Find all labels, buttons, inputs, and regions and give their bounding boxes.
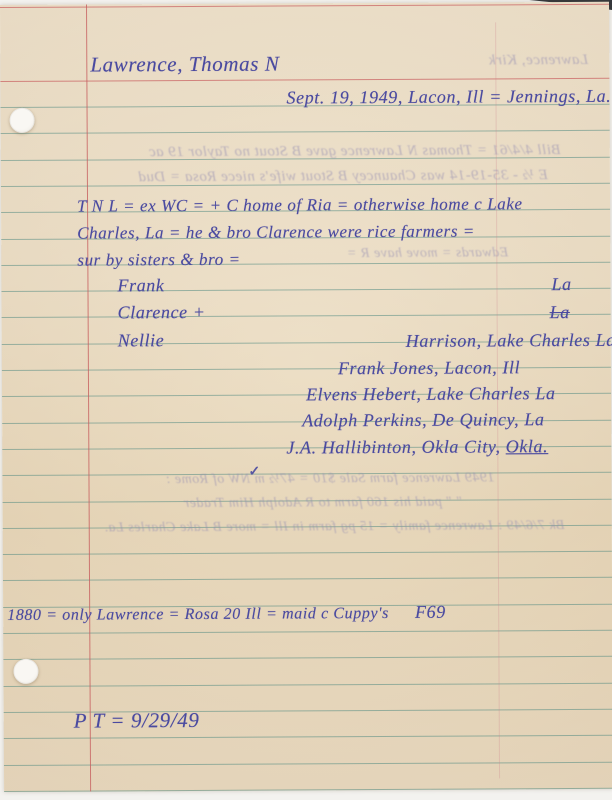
contact-line: Frank Jones, Lacon, Ill (338, 357, 520, 379)
sibling-residence: La (551, 274, 571, 295)
rule-line (3, 551, 612, 555)
red-rule-top (0, 4, 609, 8)
red-rule-header (0, 78, 609, 82)
census-note: 1880 = only Lawrence = Rosa 20 Ill = mai… (7, 605, 389, 624)
census-note-line: 1880 = only Lawrence = Rosa 20 Ill = mai… (7, 602, 446, 625)
notebook-paper: Lawrence, Kirk Bill 4/4/61 = Thomas N La… (0, 2, 612, 792)
rule-line (3, 630, 612, 634)
contact-line: J.A. Hallibinton, Okla City, Okla. (286, 436, 548, 458)
bleedthrough-line: Edwards = move have R = (243, 245, 508, 262)
bleedthrough-line: Bill 4/4/61 = Thomas N Lawrence gave B S… (93, 142, 561, 161)
contact-text: Adolph Perkins, De Quincy, La (302, 409, 544, 430)
bleedthrough-line: 1949 Lawrence farm Sale $10 = 47½ m NW o… (74, 470, 494, 488)
rule-line (3, 656, 612, 660)
page-title: Lawrence, Thomas N (90, 52, 279, 78)
rule-line (1, 130, 610, 134)
rule-line (2, 314, 611, 318)
note-line: T N L = ex WC = + C home of Ria = otherw… (77, 194, 523, 216)
bleedthrough-line: E ½ - 35-19-14 was Chauncey B Stout wife… (93, 167, 548, 186)
punch-hole-top (10, 108, 35, 133)
rule-line (1, 288, 610, 292)
contact-line: Adolph Perkins, De Quincy, La (302, 409, 544, 431)
note-line: sur by sisters & bro = (77, 250, 240, 271)
left-margin-line (86, 5, 91, 792)
rule-line (4, 682, 612, 686)
rule-line (4, 735, 612, 739)
rule-line (4, 788, 612, 792)
bleedthrough-line: " " paid his 160 farm to R Adolph Him Tr… (33, 495, 463, 513)
census-ref: F69 (415, 602, 446, 622)
sibling-name: Nellie (118, 330, 165, 351)
check-mark: ✓ (248, 464, 260, 481)
bleedthrough-header: Lawrence, Kirk (428, 52, 588, 70)
sibling-name: Clarence + (118, 302, 206, 323)
sibling-residence: Harrison, Lake Charles La (406, 330, 612, 352)
sibling-name: Frank (117, 275, 164, 296)
note-line: Charles, La = he & bro Clarence were ric… (77, 222, 475, 244)
rule-line (3, 577, 612, 581)
sibling-residence: La (550, 302, 570, 323)
date-location-line: Sept. 19, 1949, Lacon, Ill = Jennings, L… (286, 86, 611, 109)
contact-text-underlined: Okla. (506, 436, 549, 456)
contact-text: Frank Jones, Lacon, Ill (338, 357, 520, 378)
contact-text: Elvens Hebert, Lake Charles La (306, 383, 556, 404)
rule-line (4, 761, 612, 765)
punch-hole-bottom (13, 659, 38, 684)
bleedthrough-line: Bk 7/6/49 : Lawrence family = 15 pg farm… (5, 518, 565, 537)
contact-text: J.A. Hallibinton, Okla City, (286, 436, 505, 457)
scanned-notebook-page: Lawrence, Kirk Bill 4/4/61 = Thomas N La… (0, 0, 612, 800)
contact-line: Elvens Hebert, Lake Charles La (306, 383, 556, 405)
checked-date-note: P T = 9/29/49 (74, 708, 200, 734)
